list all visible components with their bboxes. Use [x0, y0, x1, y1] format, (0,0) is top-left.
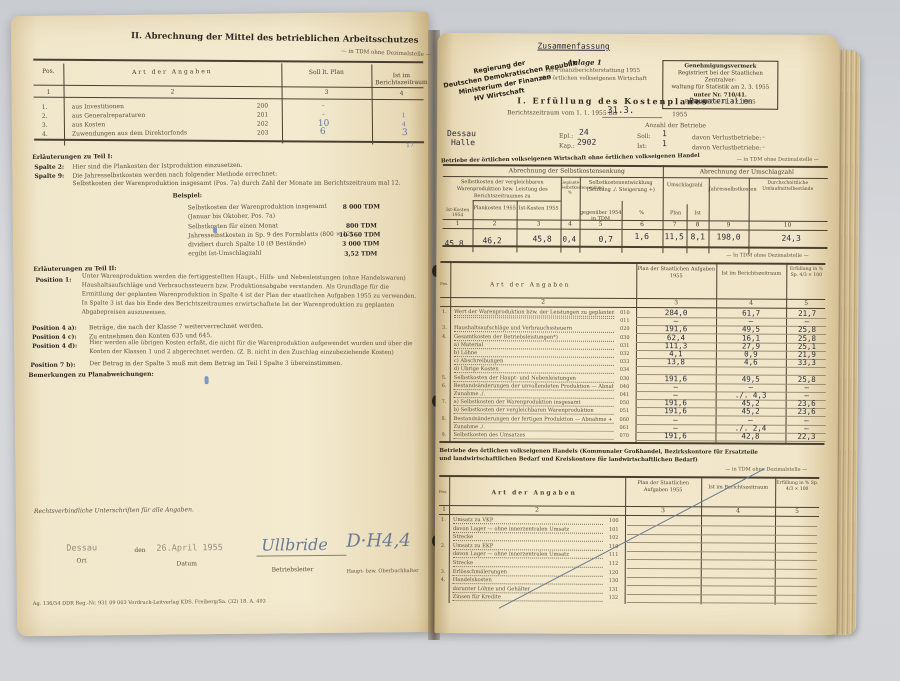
period-value: 31.3. [607, 106, 634, 116]
table-row: 3. aus Kosten 202 10 4 [11, 12, 429, 16]
buchhalter-label: Haupt- bzw. Oberbuchhalter [347, 568, 419, 575]
table-row: 45,8 46,2 45,8 0,4 0,7 1,6 11,5 8,1 198,… [438, 33, 840, 35]
col-number: 3 [282, 88, 372, 96]
row-label: Bestandsänderungen der fertigen Produkti… [454, 416, 614, 424]
table-row: Zunahme ./.041–./. 4,3– [438, 33, 840, 35]
part1-caption: Betriebe der örtlichen volkseigenen Wirt… [441, 153, 700, 164]
table-row: d) Übrige Kosten034 [438, 33, 840, 35]
row-ist: 4,6 [718, 358, 784, 367]
print-footer: Ag. 136/54 DDR Reg.-Nr. 931 09 003 Vordr… [33, 599, 266, 607]
col-number: 1 [34, 89, 64, 96]
section-title: I. Erfüllung des Kostenplanes [517, 95, 708, 106]
table-row: 1.Wert der Warenproduktion bzw. der Leis… [438, 33, 840, 35]
city-value: Halle [451, 138, 475, 147]
kap-value: 2902 [577, 138, 596, 147]
row-code: 040 [620, 384, 630, 390]
row-code: 132 [609, 595, 619, 601]
table-row: 5.Selbstkosten der Haupt- und Nebenleist… [438, 33, 840, 35]
row-code: 032 [620, 351, 630, 357]
note-text: Der Betrag in der Spalte 3 muß mit dem B… [89, 360, 342, 367]
row-code: 070 [619, 433, 629, 439]
signature-line [256, 555, 346, 557]
group-header: Abrechnung der Selbstkostensenkung [467, 167, 667, 175]
col-header: Durchschnittliche Umlaufmittelbestände [749, 181, 827, 193]
cost-table: Abrechnung der Selbstkostensenkung Abrec… [438, 33, 840, 35]
col-header: Selbstkostenentwicklung (Senkung ./. Ste… [580, 180, 662, 194]
row-label: a) Material [454, 342, 614, 350]
row-label: c) Abschreibungen [454, 358, 614, 366]
example-line: Selbstkosten für einen Monat [188, 222, 278, 230]
row-pos: 1. [442, 309, 447, 315]
row-label: Umsatz zu VKP [453, 517, 603, 525]
note-label: Spalte 2: [34, 164, 64, 171]
col-header: % [622, 210, 662, 216]
row-label: davon Lager — ohne innerzentralen Umsatz [453, 526, 603, 534]
table-row: b) Löhne0324,10,921,9 [438, 33, 840, 35]
note-text: Hier sind die Plankosten der Istprodukti… [72, 162, 242, 171]
row-label: b) Löhne [454, 350, 614, 358]
row-label: Gesamtkosten der Betriebsleistungen*) [454, 334, 614, 342]
row-label: davon Lager — ohne innerzentralen Umsatz [453, 551, 603, 559]
row-code: 041 [620, 392, 630, 398]
epl-label: Epl.: [559, 133, 573, 140]
col-number: 4 [372, 90, 432, 98]
row-label: darunter Löhne und Gehälter [453, 586, 603, 594]
group-header: Abrechnung der Umschlagzahl [667, 168, 827, 176]
col-header: Selbstkosten der vergleichbaren Warenpro… [445, 179, 560, 201]
row-plan: 13,8 [641, 357, 711, 366]
example-line: ergibt Ist-Umschlagzahl [188, 250, 261, 258]
row-pos: 5. [442, 375, 447, 381]
row-code: 131 [609, 587, 619, 593]
row-code: 020 [620, 326, 630, 332]
note-text: Hier werden alle übrigen Kosten erfaßt, … [89, 339, 429, 358]
example-value: 3,52 TDM [344, 250, 377, 257]
row-label [454, 317, 614, 319]
example-value: 3 000 TDM [342, 240, 379, 247]
row-pos: 2. [441, 543, 446, 549]
extra-value: 17 [406, 142, 414, 149]
place-label: Ort [76, 557, 86, 564]
soll-value: 1 [662, 129, 667, 138]
table-row: davon Lager — ohne innerzentralen Umsatz… [438, 33, 840, 35]
ist-label: Ist: [637, 143, 647, 150]
table-row: 7.a) Selbstkosten der Warenproduktion in… [438, 33, 840, 35]
city-value: Dessau [447, 129, 476, 138]
table-row: Strecke112 [438, 33, 840, 35]
table-row: davon Lager — ohne innerzentralen Umsatz… [438, 33, 840, 35]
note-label: Spalte 9: [34, 173, 64, 180]
row-pos: 4. [441, 577, 446, 583]
table-row: 011––– [438, 33, 840, 35]
example-line: Selbstkosten der Warenproduktion insgesa… [188, 203, 327, 211]
table-row: c) Abschreibungen03313,84,633,3 [438, 33, 840, 35]
note-label: Bemerkungen zu Planabweichungen: [28, 371, 153, 379]
table-row: 8.Bestandsänderungen der fertigen Produk… [438, 33, 840, 35]
example-value: 10 560 TDM [339, 231, 380, 238]
row-pct: 33,3 [788, 358, 826, 367]
table-row: Zunahme ./.061–./. 2,4– [438, 33, 840, 35]
table-row: 4. Zuwendungen aus dem Direktorfonds 203… [11, 12, 429, 16]
row-label: Zinsen für Kredite [453, 594, 603, 602]
betriebsleiter-label: Betriebsleiter [272, 566, 314, 573]
row-label: Selbstkosten der Haupt- und Nebenleistun… [454, 375, 614, 383]
trade-table-rows: 1.Umsatz zu VKP100davon Lager — ohne inn… [438, 33, 840, 35]
row-code: 034 [620, 367, 630, 373]
col-header: Geplante Selbstkostensenkung % [561, 180, 579, 195]
date-label: Datum [176, 560, 196, 567]
row-pos: 4. [442, 334, 447, 340]
row-code: 061 [619, 425, 629, 431]
row-code: 033 [620, 359, 630, 365]
row-label: Strecke [453, 534, 603, 542]
verlust-value: – [762, 144, 765, 151]
branch-value: Baumaterialien [689, 96, 752, 105]
row-pct: 22,3 [787, 432, 825, 441]
table-row: 4.Handelskosten130 [438, 33, 840, 35]
period-label: Berichtszeitraum vom 1. 1. 1955 bis [507, 109, 617, 117]
col-header: Umschlagzahl [665, 182, 705, 188]
row-label: Umsatz zu EKP [453, 543, 603, 551]
table-row: 9.Selbstkosten des Umsatzes070191,642,82… [438, 33, 840, 35]
table-row: 1. aus Investitionen 200 – [11, 12, 429, 16]
row-label: Zunahme ./. [454, 391, 614, 399]
row-code: 110 [609, 544, 619, 550]
unit-note: — in TDM ohne Dezimalstelle — [725, 466, 807, 472]
header-ist: Ist im Berichtszeitraum [371, 72, 431, 87]
row-label: Wert der Warenproduktion bzw. der Leistu… [454, 309, 614, 317]
table-row: Zinsen für Kredite132 [438, 33, 840, 35]
signature-caption: Rechtsverbindliche Unterschriften für al… [34, 506, 194, 515]
row-code: 051 [620, 408, 630, 414]
row-label: a) Selbstkosten der Warenproduktion insg… [454, 399, 614, 407]
row-pos: 6. [442, 383, 447, 389]
expense-table: — In TDM ohne Dezimalstelle — Pos. Art d… [438, 33, 840, 35]
row-code: 102 [609, 535, 619, 541]
row-pos: 7. [442, 399, 447, 405]
left-page-title: II. Abrechnung der Mittel des betrieblic… [131, 31, 419, 46]
place-value: Dessau [66, 543, 97, 553]
signature-betriebsleiter: Ullbr​ide [261, 535, 328, 555]
expense-table-rows: 1.Wert der Warenproduktion bzw. der Leis… [438, 33, 840, 35]
row-code: 030 [620, 376, 630, 382]
row-label: Strecke [453, 560, 603, 568]
verlust-label: davon Verlustbetriebe: [692, 134, 761, 141]
row-plan: 191,6 [640, 431, 710, 440]
col-header: Plan [665, 210, 687, 216]
example-title: Beispiel: [173, 192, 202, 199]
row-label: Bestandsänderungen der unvollendeten Pro… [454, 383, 614, 391]
note-text: Die Jahresselbstkosten werden nach folge… [72, 170, 277, 179]
row-code: 130 [609, 578, 619, 584]
kap-label: Kap.: [559, 143, 575, 150]
row-pos: 1. [441, 517, 446, 523]
col-header: Ist-Kosten 1955 [517, 205, 561, 211]
row-pos: 8. [442, 416, 447, 422]
row-code: 030 [620, 335, 630, 341]
row-label: d) Übrige Kosten [454, 366, 614, 374]
row-ist: 42,8 [717, 431, 783, 440]
row-label: Erlösschmälerungen [453, 569, 603, 577]
col-number: 2 [64, 87, 282, 96]
col-header: Jahresselbstkosten [709, 186, 749, 192]
table-row: 3.Haushaltsaufschläge und Verbrauchssteu… [438, 33, 840, 35]
den-label: den [134, 547, 145, 554]
row-label: Selbstkosten des Umsatzes [453, 432, 613, 440]
trade-table: — in TDM ohne Dezimalstelle — Pos. Art d… [438, 33, 840, 35]
note-text: Selbstkosten der Warenproduktion insgesa… [73, 180, 401, 188]
pen-mark [213, 227, 217, 233]
notes-part1-title: Erläuterungen zu Teil I: [32, 153, 112, 161]
period-year: 1955 [672, 111, 687, 118]
note-text: Unter Warenproduktion werden die fertigg… [82, 273, 422, 320]
header-pos: Pos. [33, 68, 63, 75]
table-row: 4.Gesamtkosten der Betriebsleistungen*)0… [438, 33, 840, 35]
note-text: Beträge, die nach der Klasse 7 weiterver… [89, 323, 264, 332]
row-label: Zunahme ./. [453, 424, 613, 432]
table-row: Strecke102 [438, 33, 840, 35]
row-code: 011 [620, 318, 630, 324]
epl-value: 24 [579, 128, 589, 137]
unit-note: — in TDM ohne Dezimalstelle — [737, 157, 819, 163]
row-pos: 3. [442, 325, 447, 331]
header-soll: Soll lt. Plan [281, 68, 371, 76]
col-header: Ist-Kosten 1954 [443, 208, 473, 218]
ist-value: 1 [662, 139, 667, 148]
header-art: Art der Angaben [63, 67, 281, 76]
date-value: 26.April 1955 [156, 543, 223, 554]
right-page: Zusammenfassung Anlage 1 zur Finanzberic… [434, 33, 839, 635]
example-value: 8 000 TDM [343, 203, 380, 210]
soll-label: Soll: [637, 133, 651, 140]
row-code: 111 [609, 552, 619, 558]
table-bottom-rule [34, 139, 424, 144]
row-code: 060 [620, 417, 630, 423]
example-value: 800 TDM [346, 222, 377, 229]
header-rule [34, 97, 424, 101]
row-code: 010 [620, 310, 630, 316]
row-label: Haushaltsaufschläge und Verbrauchssteuer… [454, 325, 614, 333]
unit-note: — in TDM ohne Dezimalstelle — [341, 48, 431, 58]
unit-note: — In TDM ohne Dezimalstelle — [726, 252, 808, 258]
row-label: b) Selbstkosten der vergleichbaren Waren… [454, 407, 614, 415]
table-row: 6.Bestandsänderungen der unvollendeten P… [438, 33, 840, 35]
table-row: 3.Erlösschmälerungen120 [438, 33, 840, 35]
table-row: 2. aus Generalreparaturen 201 – 1 [11, 12, 429, 16]
note-label: Position 1: [35, 277, 71, 284]
pen-mark [205, 376, 209, 384]
note-label: Position 7 b): [30, 362, 75, 369]
row-code: 112 [609, 561, 619, 567]
verlust-label: davon Verlustbetriebe: [692, 144, 761, 151]
note-label: Position 4 d): [32, 343, 77, 350]
part2-caption: Betriebe des örtlichen volkseigenen Hand… [439, 447, 769, 465]
table-row: darunter Löhne und Gehälter131 [438, 33, 840, 35]
signature-buchhalter: D·H4,4 [346, 530, 411, 552]
col-header: Ist [687, 210, 709, 216]
row-code: 120 [609, 569, 619, 575]
count-label: Anzahl der Betriebe [645, 122, 706, 129]
verlust-value: – [762, 134, 765, 141]
table-row: 2.Umsatz zu EKP110 [438, 33, 840, 35]
row-pos: 3. [441, 569, 446, 575]
row-code: 031 [620, 343, 630, 349]
period-underline [602, 117, 662, 118]
table-top-rule [33, 59, 423, 64]
table-row: 1.Umsatz zu VKP100 [438, 33, 840, 35]
row-code: 101 [609, 526, 619, 532]
row-code: 050 [620, 400, 630, 406]
row-label: Handelskosten [453, 577, 603, 585]
row-code: 100 [609, 518, 619, 524]
note-label: Position 4 c): [32, 334, 77, 341]
note-label: Position 4 a): [32, 325, 77, 332]
row-pos: 9. [441, 432, 446, 438]
left-page: II. Abrechnung der Mittel des betrieblic… [11, 12, 435, 636]
table-row: a) Material031111,327,925,1 [438, 33, 840, 35]
example-line: dividiert durch Spalte 10 (Ø Bestände) [188, 240, 306, 248]
example-line: (Januar bis Oktober, Pos. 7a) [188, 212, 275, 220]
table-row: b) Selbstkosten der vergleichbaren Waren… [438, 33, 840, 35]
col-header: Plankosten 1955 [473, 205, 517, 211]
